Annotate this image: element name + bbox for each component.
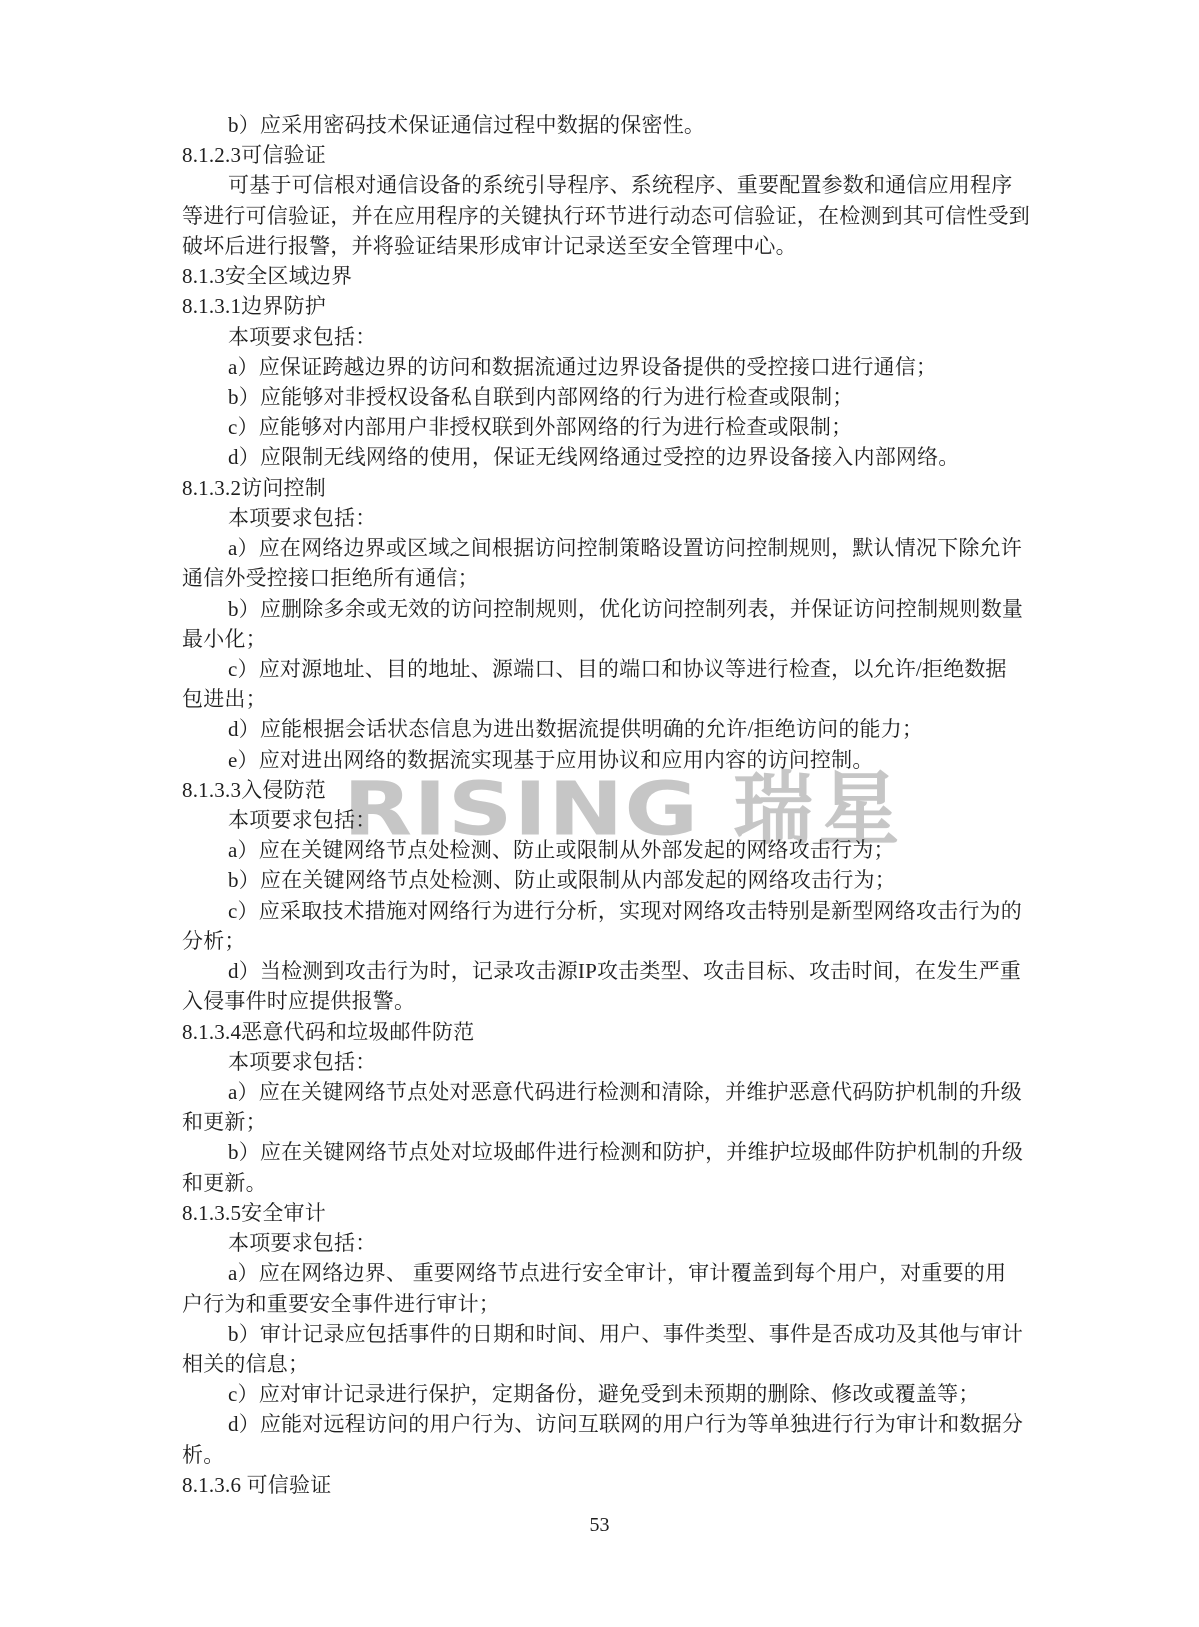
text-line: 和更新。 [182,1168,1042,1198]
text-line: d）应限制无线网络的使用，保证无线网络通过受控的边界设备接入内部网络。 [182,442,1042,472]
text-line: d）应能根据会话状态信息为进出数据流提供明确的允许/拒绝访问的能力； [182,714,1042,744]
text-line: b）应在关键网络节点处对垃圾邮件进行检测和防护，并维护垃圾邮件防护机制的升级 [182,1137,1042,1167]
text-line: 入侵事件时应提供报警。 [182,986,1042,1016]
text-line: 本项要求包括： [182,503,1042,533]
document-page: RISING 瑞星 b）应采用密码技术保证通信过程中数据的保密性。8.1.2.3… [0,0,1199,1627]
text-line: a）应在网络边界或区域之间根据访问控制策略设置访问控制规则，默认情况下除允许 [182,533,1042,563]
text-line: a）应在关键网络节点处检测、防止或限制从外部发起的网络攻击行为； [182,835,1042,865]
text-line: c）应采取技术措施对网络行为进行分析，实现对网络攻击特别是新型网络攻击行为的 [182,896,1042,926]
page-number: 53 [590,1514,610,1536]
page-footer: 53 [0,1514,1199,1537]
text-line: d）应能对远程访问的用户行为、访问互联网的用户行为等单独进行行为审计和数据分 [182,1409,1042,1439]
text-line: 本项要求包括： [182,1047,1042,1077]
text-line: b）应在关键网络节点处检测、防止或限制从内部发起的网络攻击行为； [182,865,1042,895]
text-line: 可基于可信根对通信设备的系统引导程序、系统程序、重要配置参数和通信应用程序 [182,170,1042,200]
document-body: b）应采用密码技术保证通信过程中数据的保密性。8.1.2.3可信验证可基于可信根… [182,110,1042,1500]
text-line: a）应保证跨越边界的访问和数据流通过边界设备提供的受控接口进行通信； [182,352,1042,382]
text-line: b）应删除多余或无效的访问控制规则，优化访问控制列表，并保证访问控制规则数量 [182,594,1042,624]
section-heading: 8.1.3.3入侵防范 [182,775,1042,805]
text-line: c）应对源地址、目的地址、源端口、目的端口和协议等进行检查，以允许/拒绝数据 [182,654,1042,684]
text-line: 析。 [182,1440,1042,1470]
text-line: e）应对进出网络的数据流实现基于应用协议和应用内容的访问控制。 [182,745,1042,775]
text-line: 分析； [182,926,1042,956]
section-heading: 8.1.3.6 可信验证 [182,1470,1042,1500]
text-line: a）应在网络边界、 重要网络节点进行安全审计，审计覆盖到每个用户，对重要的用 [182,1258,1042,1288]
section-heading: 8.1.3.1边界防护 [182,291,1042,321]
text-line: b）审计记录应包括事件的日期和时间、用户、事件类型、事件是否成功及其他与审计 [182,1319,1042,1349]
text-line: c）应能够对内部用户非授权联到外部网络的行为进行检查或限制； [182,412,1042,442]
text-line: 和更新； [182,1107,1042,1137]
text-line: 等进行可信验证，并在应用程序的关键执行环节进行动态可信验证，在检测到其可信性受到 [182,201,1042,231]
section-heading: 8.1.3.2访问控制 [182,473,1042,503]
text-line: a）应在关键网络节点处对恶意代码进行检测和清除，并维护恶意代码防护机制的升级 [182,1077,1042,1107]
section-heading: 8.1.3.5安全审计 [182,1198,1042,1228]
text-line: 本项要求包括： [182,322,1042,352]
text-line: 户行为和重要安全事件进行审计； [182,1289,1042,1319]
text-line: b）应采用密码技术保证通信过程中数据的保密性。 [182,110,1042,140]
section-heading: 8.1.3安全区域边界 [182,261,1042,291]
text-line: 包进出； [182,684,1042,714]
section-heading: 8.1.3.4恶意代码和垃圾邮件防范 [182,1017,1042,1047]
text-line: b）应能够对非授权设备私自联到内部网络的行为进行检查或限制； [182,382,1042,412]
text-line: 相关的信息； [182,1349,1042,1379]
section-heading: 8.1.2.3可信验证 [182,140,1042,170]
text-line: 破坏后进行报警，并将验证结果形成审计记录送至安全管理中心。 [182,231,1042,261]
text-line: 最小化； [182,624,1042,654]
text-line: 通信外受控接口拒绝所有通信； [182,563,1042,593]
text-line: d）当检测到攻击行为时，记录攻击源IP攻击类型、攻击目标、攻击时间，在发生严重 [182,956,1042,986]
text-line: c）应对审计记录进行保护，定期备份，避免受到未预期的删除、修改或覆盖等； [182,1379,1042,1409]
text-line: 本项要求包括： [182,1228,1042,1258]
text-line: 本项要求包括： [182,805,1042,835]
